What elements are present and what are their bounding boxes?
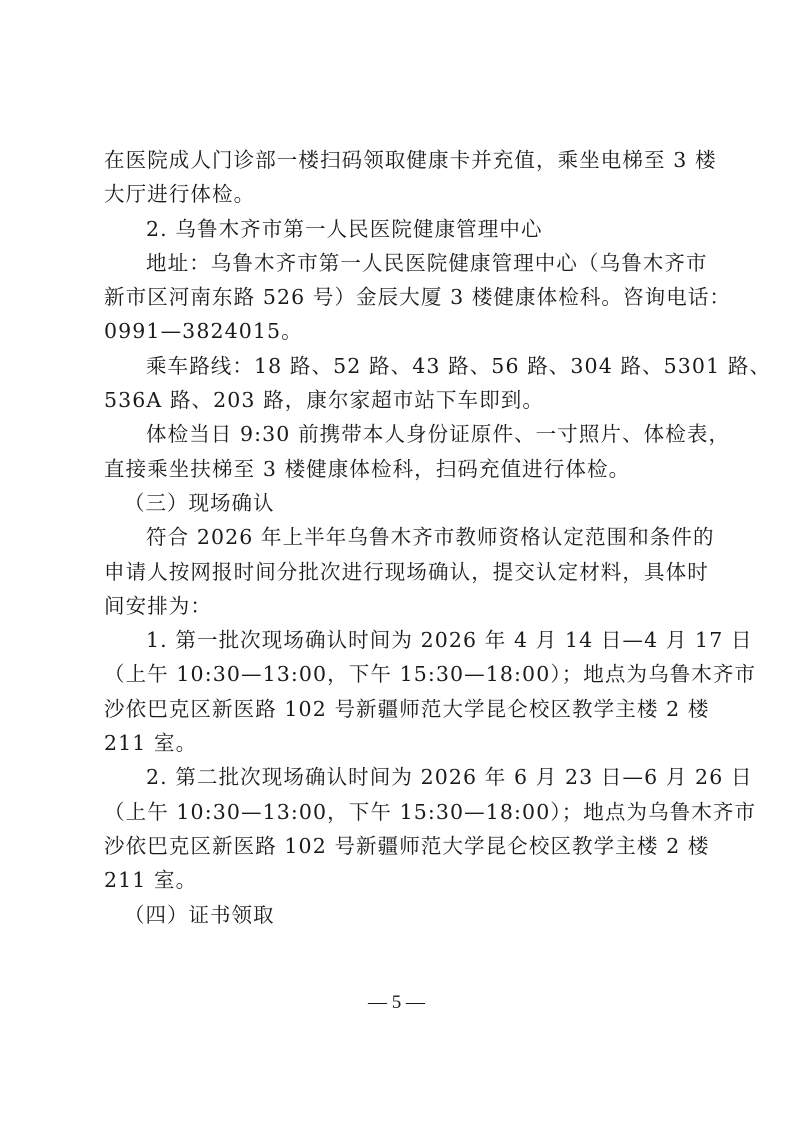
text-line: （上午 10:30—13:00，下午 15:30—18:00）；地点为乌鲁木齐市: [104, 795, 692, 829]
page-number: — 5 —: [0, 992, 793, 1014]
section-heading: （三）现场确认: [104, 486, 692, 520]
section-heading: （四）证书领取: [104, 898, 692, 932]
text-line: 0991—3824015。: [104, 314, 692, 348]
text-line: 新市区河南东路 526 号）金辰大厦 3 楼健康体检科。咨询电话：: [104, 280, 692, 314]
text-line: 地址：乌鲁木齐市第一人民医院健康管理中心（乌鲁木齐市: [104, 246, 692, 280]
text-line: 沙依巴克区新医路 102 号新疆师范大学昆仑校区教学主楼 2 楼: [104, 829, 692, 863]
list-item-heading: 2. 乌鲁木齐市第一人民医院健康管理中心: [104, 212, 692, 246]
text-line: 直接乘坐扶梯至 3 楼健康体检科，扫码充值进行体检。: [104, 452, 692, 486]
text-line: 1. 第一批次现场确认时间为 2026 年 4 月 14 日—4 月 17 日: [104, 623, 692, 657]
text-line: 体检当日 9:30 前携带本人身份证原件、一寸照片、体检表，: [104, 417, 692, 451]
text-line: 乘车路线：18 路、52 路、43 路、56 路、304 路、5301 路、: [104, 349, 692, 383]
text-line: 211 室。: [104, 863, 692, 897]
text-line: 536A 路、203 路，康尔家超市站下车即到。: [104, 383, 692, 417]
document-body: 在医院成人门诊部一楼扫码领取健康卡并充值，乘坐电梯至 3 楼 大厅进行体检。 2…: [104, 143, 692, 932]
text-line: 符合 2026 年上半年乌鲁木齐市教师资格认定范围和条件的: [104, 520, 692, 554]
text-line: 申请人按网报时间分批次进行现场确认，提交认定材料，具体时: [104, 555, 692, 589]
text-line: 沙依巴克区新医路 102 号新疆师范大学昆仑校区教学主楼 2 楼: [104, 692, 692, 726]
text-line: 大厅进行体检。: [104, 177, 692, 211]
text-line: 211 室。: [104, 726, 692, 760]
text-line: 2. 第二批次现场确认时间为 2026 年 6 月 23 日—6 月 26 日: [104, 760, 692, 794]
text-line: （上午 10:30—13:00，下午 15:30—18:00）；地点为乌鲁木齐市: [104, 657, 692, 691]
text-line: 间安排为：: [104, 589, 692, 623]
text-line: 在医院成人门诊部一楼扫码领取健康卡并充值，乘坐电梯至 3 楼: [104, 143, 692, 177]
